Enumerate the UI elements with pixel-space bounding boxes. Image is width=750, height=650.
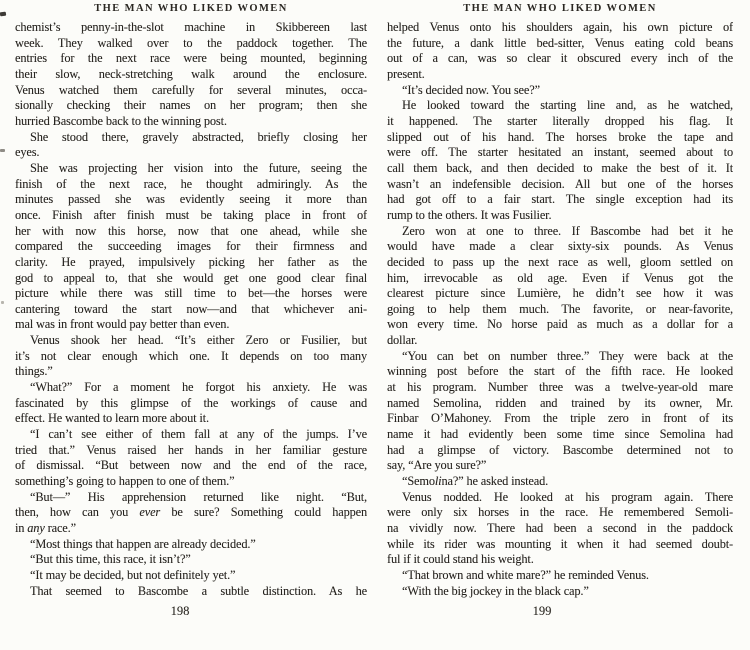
text-line: “Most things that happen are already dec…	[15, 537, 367, 553]
text-line: rump to the others. It was Fusilier.	[387, 208, 733, 224]
text-line: her with now this horse, now that one ah…	[15, 224, 367, 240]
text-line: would have made a clear sixty-six pounds…	[387, 239, 733, 255]
text-line: call them back, and then decided to make…	[387, 161, 733, 177]
text-line: Venus shook her head. “It’s either Zero …	[15, 333, 367, 349]
text-line: present.	[387, 67, 733, 83]
text-line: things.”	[15, 364, 367, 380]
text-line: compared the succeeding images for their…	[15, 239, 367, 255]
text-line: out of a can, was so clear it obscured e…	[387, 51, 733, 67]
text-line: say, “Are you sure?”	[387, 458, 733, 474]
text-line: That seemed to Bascombe a subtle distinc…	[15, 584, 367, 600]
text-line: at his program. Number three was a twelv…	[387, 380, 733, 396]
text-line: cantering toward the start now—and that …	[15, 302, 367, 318]
text-line: picture while there was still time to be…	[15, 286, 367, 302]
book-page-199: THE MAN WHO LIKED WOMEN helped Venus ont…	[387, 0, 733, 650]
text-line: it happened. The starter literally dropp…	[387, 114, 733, 130]
text-line: “I can’t see either of them fall at any …	[15, 427, 367, 443]
text-line: She stood there, gravely abstracted, bri…	[15, 130, 367, 146]
page-number-199: 199	[369, 604, 715, 619]
text-line: had a glimpse of victory. Bascombe deter…	[387, 443, 733, 459]
text-line: going to help them much. The favorite, o…	[387, 302, 733, 318]
text-line: decided to pass up the next race as well…	[387, 255, 733, 271]
text-line: She was projecting her vision into the f…	[15, 161, 367, 177]
text-line: fascinated by this glimpse of the workin…	[15, 396, 367, 412]
text-line: chemist’s penny-in-the-slot machine in S…	[15, 20, 367, 36]
text-line: in any race.”	[15, 521, 367, 537]
text-line: clearest picture since Lumière, he didn’…	[387, 286, 733, 302]
text-line: name it had evidently been some time sin…	[387, 427, 733, 443]
running-head-right: THE MAN WHO LIKED WOMEN	[387, 3, 733, 14]
text-line: “What?” For a moment he forgot his anxie…	[15, 380, 367, 396]
text-line: clarity. He prayed, impulsively picking …	[15, 255, 367, 271]
text-line: minutes passed she was evidently seeing …	[15, 192, 367, 208]
text-line: sionally checking their names on her pro…	[15, 98, 367, 114]
text-line: Finbar O’Mahoney. From the triple zero i…	[387, 411, 733, 427]
text-line: “It may be decided, but not definitely y…	[15, 568, 367, 584]
text-line: Venus nodded. He looked at his program a…	[387, 490, 733, 506]
running-head-left: THE MAN WHO LIKED WOMEN	[15, 3, 367, 14]
text-line: “It’s decided now. You see?”	[387, 83, 733, 99]
text-line: effect. He wanted to learn more about it…	[15, 411, 367, 427]
text-line: “But—” His apprehension returned like ni…	[15, 490, 367, 506]
page-number-198: 198	[4, 604, 356, 619]
text-line: tried that.” Venus raised her hands in h…	[15, 443, 367, 459]
text-line: of dismissal. “But between now and the e…	[15, 458, 367, 474]
text-line: entries for the next race were being mou…	[15, 51, 367, 67]
text-line: mal was in front would pay better than e…	[15, 317, 367, 333]
text-line: “With the big jockey in the black cap.”	[387, 584, 733, 600]
text-line: their slow, neck-stretching walk around …	[15, 67, 367, 83]
page-198-text-column: chemist’s penny-in-the-slot machine in S…	[15, 20, 367, 599]
text-line: “You can bet on number three.” They were…	[387, 349, 733, 365]
text-line: ful if it could stand his weight.	[387, 552, 733, 568]
scan-artifact-mark	[0, 149, 5, 152]
text-line: were off. The starter hesitated an insta…	[387, 145, 733, 161]
scan-artifact-mark	[1, 301, 4, 304]
text-line: hurried Bascombe back to the winning pos…	[15, 114, 367, 130]
book-scan: THE MAN WHO LIKED WOMEN chemist’s penny-…	[0, 0, 750, 650]
text-line: finish of the next race, he thought admi…	[15, 177, 367, 193]
text-line: “But this time, this race, it isn’t?”	[15, 552, 367, 568]
text-line: had got off to a fair start. The single …	[387, 192, 733, 208]
text-line: He looked toward the starting line and, …	[387, 98, 733, 114]
text-line: something’s going to happen to one of th…	[15, 474, 367, 490]
text-line: the future, a dank little bed-sitter, Ve…	[387, 36, 733, 52]
text-line: helped Venus onto his shoulders again, h…	[387, 20, 733, 36]
text-line: named Semolina, ridden and trained by it…	[387, 396, 733, 412]
text-line: “That brown and white mare?” he reminded…	[387, 568, 733, 584]
text-line: god to appeal to, that she would get one…	[15, 271, 367, 287]
text-line: him, irrevocable as old age. Even if Ven…	[387, 271, 733, 287]
text-line: were only six horses in the race. He rem…	[387, 505, 733, 521]
text-line: it’s not clear enough which one. It depe…	[15, 349, 367, 365]
text-line: Venus watched them carefully for several…	[15, 83, 367, 99]
text-line: dollar.	[387, 333, 733, 349]
text-line: won every time. No horse paid as much as…	[387, 317, 733, 333]
book-page-198: THE MAN WHO LIKED WOMEN chemist’s penny-…	[15, 0, 367, 650]
text-line: eyes.	[15, 145, 367, 161]
text-line: week. They walked over to the paddock to…	[15, 36, 367, 52]
text-line: “Semolina?” he asked instead.	[387, 474, 733, 490]
page-199-text-column: helped Venus onto his shoulders again, h…	[387, 20, 733, 599]
scan-artifact-mark	[0, 12, 6, 17]
text-line: na vividly now. There had been a second …	[387, 521, 733, 537]
text-line: then, how can you ever be sure? Somethin…	[15, 505, 367, 521]
text-line: winning post before the start of the fif…	[387, 364, 733, 380]
text-line: while its rider was mounting it when it …	[387, 537, 733, 553]
text-line: once. Finish after finish must be taking…	[15, 208, 367, 224]
text-line: wasn’t an indefensible decision. All but…	[387, 177, 733, 193]
text-line: Zero won at one to three. If Bascombe ha…	[387, 224, 733, 240]
text-line: slipped out of his hand. The horses brok…	[387, 130, 733, 146]
